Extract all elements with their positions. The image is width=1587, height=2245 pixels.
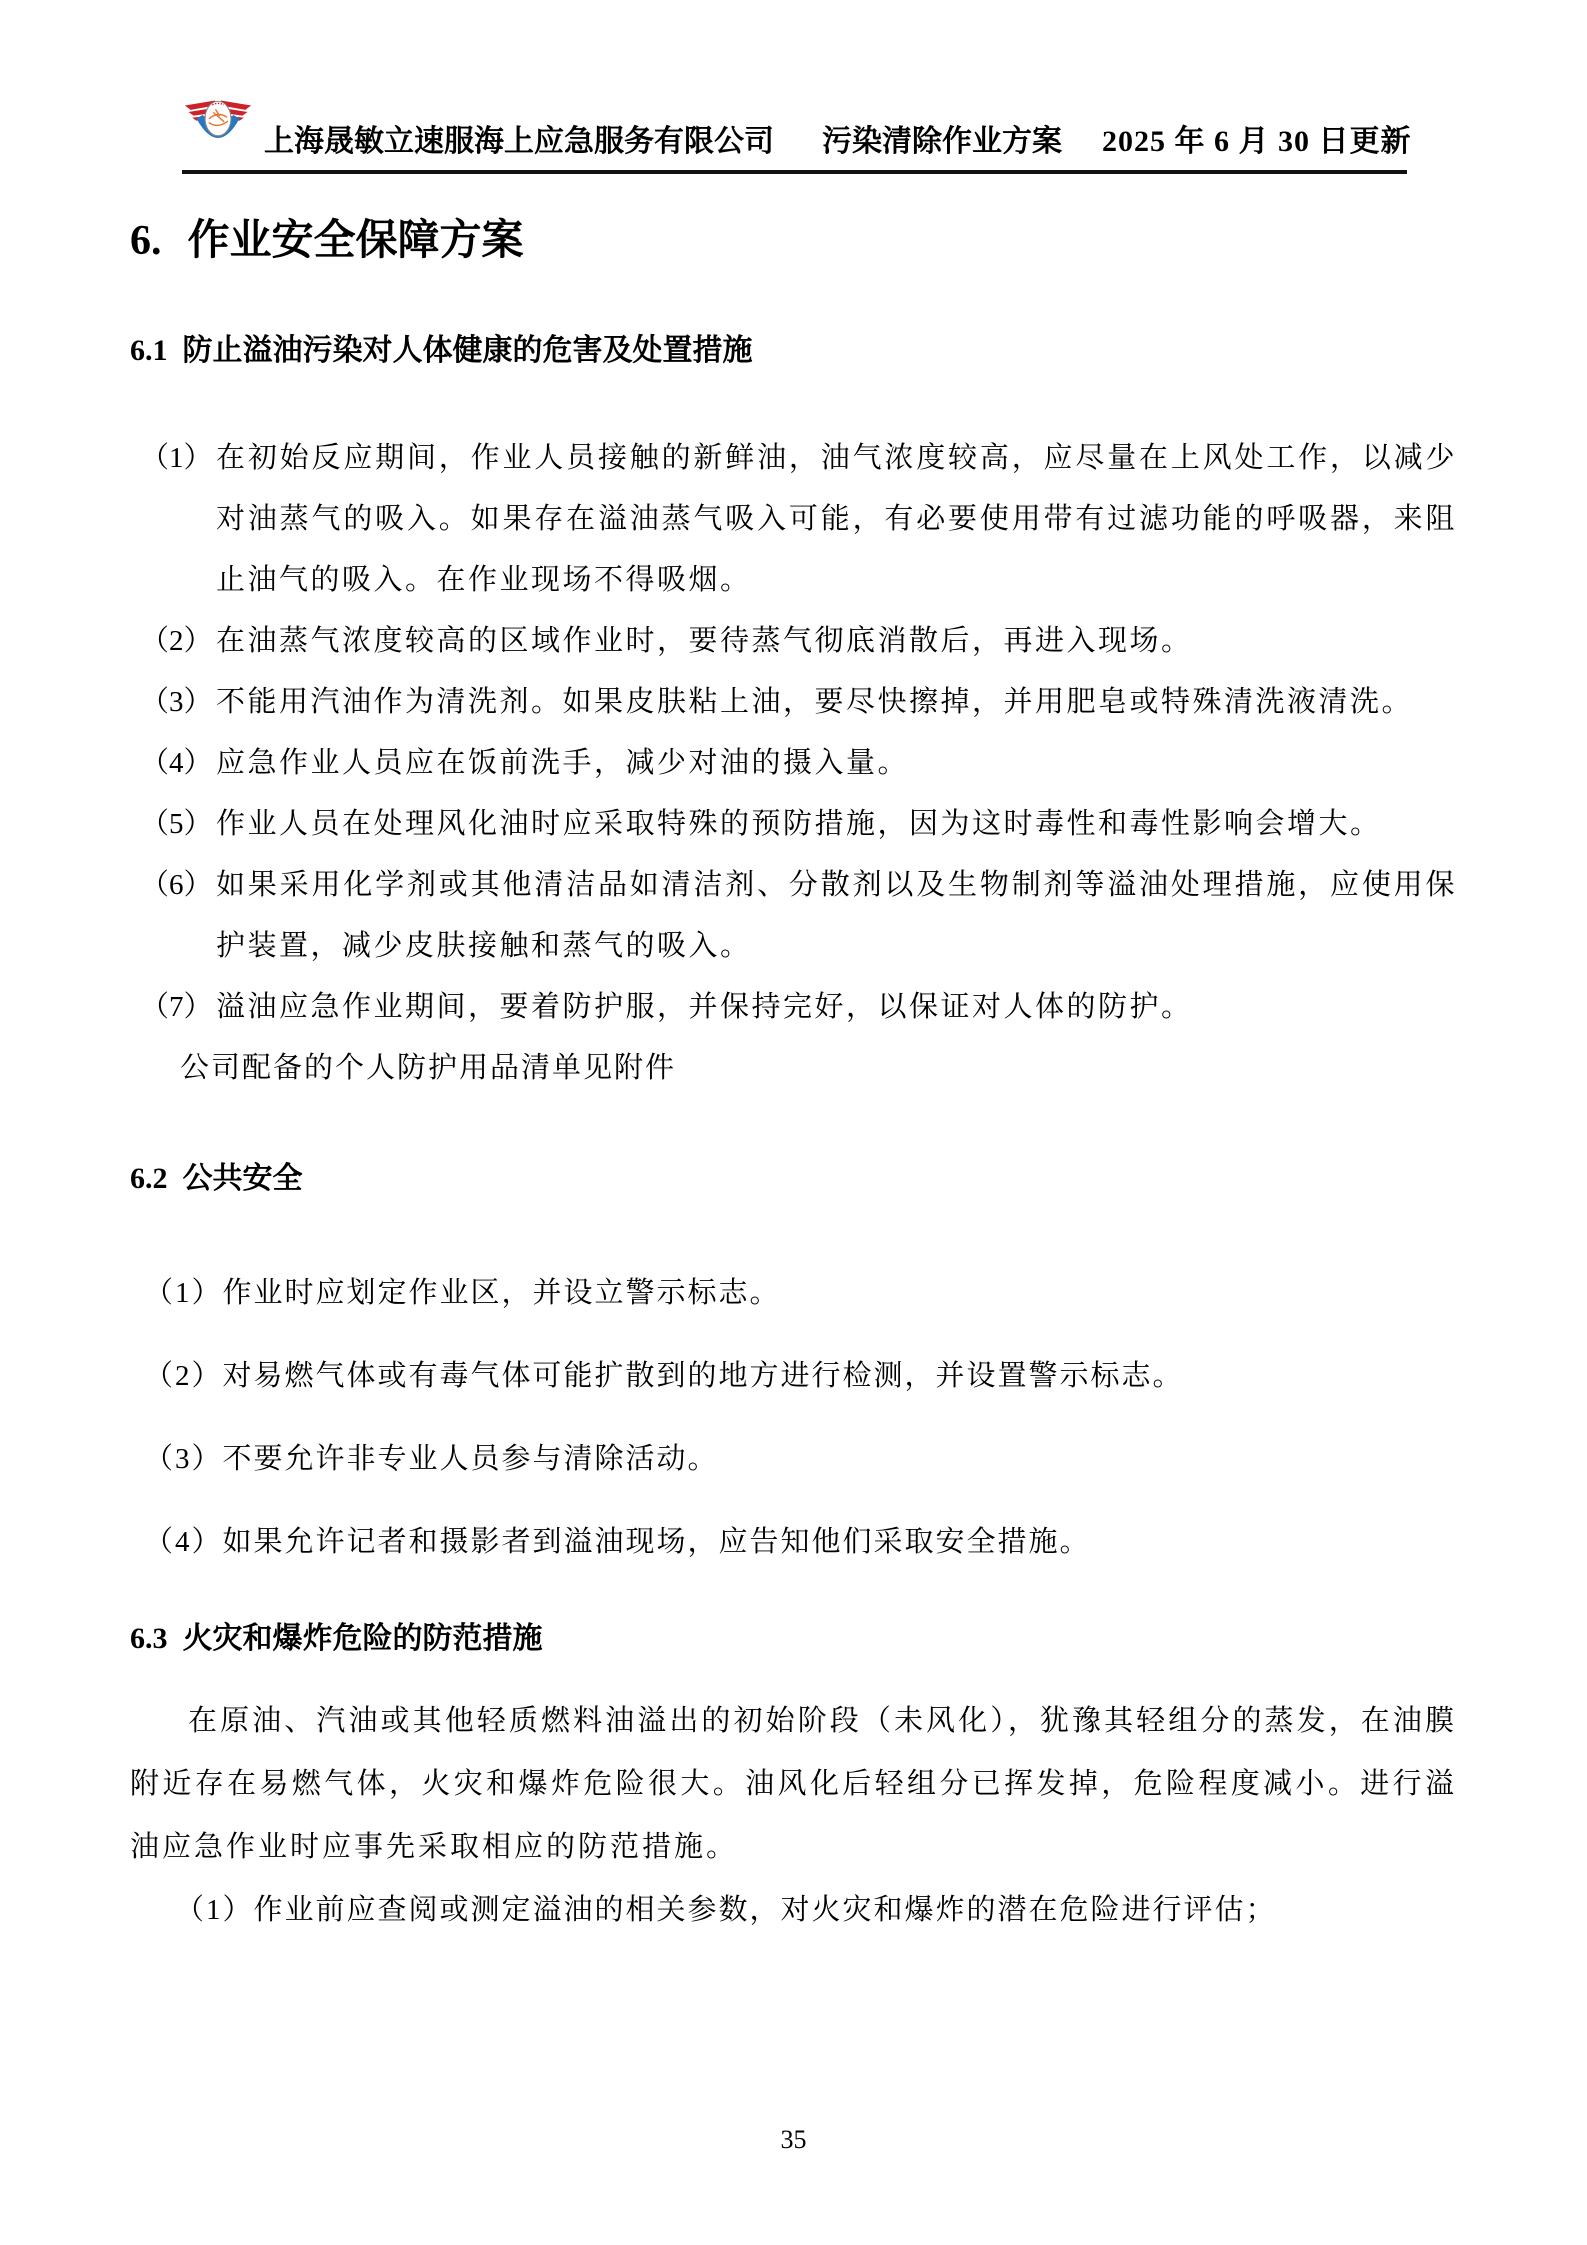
section-62-number: 6.2: [130, 1162, 168, 1195]
section-63-paragraph: 在原油、汽油或其他轻质燃料油溢出的初始阶段（未风化），犹豫其轻组分的蒸发，在油膜…: [130, 1690, 1457, 1879]
document-title: 污染清除作业方案: [822, 124, 1062, 160]
list-item-text: 溢油应急作业期间，要着防护服，并保持完好，以保证对人体的防护。: [216, 977, 1457, 1038]
company-name: 上海晟敏立速服海上应急服务有限公司: [264, 124, 774, 160]
company-logo-icon: [182, 95, 254, 160]
list-item-marker: （4）: [140, 733, 216, 794]
list-item-marker: （5）: [140, 794, 216, 855]
list-item: （6） 如果采用化学剂或其他清洁品如清洁剂、分散剂以及生物制剂等溢油处理措施，应…: [140, 855, 1457, 977]
section-61-list: （1） 在初始反应期间，作业人员接触的新鲜油，油气浓度较高，应尽量在上风处工作，…: [130, 428, 1457, 1099]
list-item-marker: （6）: [140, 855, 216, 977]
section-6-heading: 6.作业安全保障方案: [130, 212, 1457, 271]
update-date: 2025 年 6 月 30 日更新: [1102, 124, 1412, 160]
list-item-marker: （7）: [140, 977, 216, 1038]
section-61-number: 6.1: [130, 334, 168, 367]
list-item-marker: （1）: [140, 428, 216, 611]
list-item: （5） 作业人员在处理风化油时应采取特殊的预防措施，因为这时毒性和毒性影响会增大…: [140, 794, 1457, 855]
section-63-number: 6.3: [130, 1622, 168, 1655]
list-item: （7） 溢油应急作业期间，要着防护服，并保持完好，以保证对人体的防护。: [140, 977, 1457, 1038]
list-item: （4）如果允许记者和摄影者到溢油现场，应告知他们采取安全措施。: [144, 1512, 1457, 1573]
section-62-list: （1）作业时应划定作业区，并设立警示标志。 （2）对易燃气体或有毒气体可能扩散到…: [130, 1263, 1457, 1573]
header-text-row: 上海晟敏立速服海上应急服务有限公司 污染清除作业方案 2025 年 6 月 30…: [264, 124, 1412, 160]
section-61-title: 防止溢油污染对人体健康的危害及处置措施: [183, 334, 753, 367]
section-62-heading: 6.2公共安全: [130, 1157, 1457, 1201]
list-item: （2）对易燃气体或有毒气体可能扩散到的地方进行检测，并设置警示标志。: [144, 1346, 1457, 1407]
list-item: （2） 在油蒸气浓度较高的区域作业时，要待蒸气彻底消散后，再进入现场。: [140, 611, 1457, 672]
page-number: 35: [0, 2125, 1587, 2155]
list-item-text: 不能用汽油作为清洗剂。如果皮肤粘上油，要尽快擦掉，并用肥皂或特殊清洗液清洗。: [216, 672, 1457, 733]
section-63-title: 火灾和爆炸危险的防范措施: [183, 1622, 543, 1655]
list-item: （3）不要允许非专业人员参与清除活动。: [144, 1429, 1457, 1490]
list-item-text: 如果采用化学剂或其他清洁品如清洁剂、分散剂以及生物制剂等溢油处理措施，应使用保护…: [216, 855, 1457, 977]
section-6-title: 作业安全保障方案: [188, 218, 524, 264]
list-item-text: 作业人员在处理风化油时应采取特殊的预防措施，因为这时毒性和毒性影响会增大。: [216, 794, 1457, 855]
list-item-marker: （3）: [140, 672, 216, 733]
section-63-heading: 6.3火灾和爆炸危险的防范措施: [130, 1617, 1457, 1661]
page-header: 上海晟敏立速服海上应急服务有限公司 污染清除作业方案 2025 年 6 月 30…: [182, 95, 1407, 174]
section-6-number: 6.: [130, 218, 162, 264]
ppe-note: 公司配备的个人防护用品清单见附件: [140, 1038, 1457, 1099]
list-item: （1）作业时应划定作业区，并设立警示标志。: [144, 1263, 1457, 1324]
section-63-subitem: （1）作业前应查阅或测定溢油的相关参数，对火灾和爆炸的潜在危险进行评估；: [130, 1879, 1457, 1942]
list-item: （3） 不能用汽油作为清洗剂。如果皮肤粘上油，要尽快擦掉，并用肥皂或特殊清洗液清…: [140, 672, 1457, 733]
section-62-title: 公共安全: [183, 1162, 303, 1195]
list-item-text: 在油蒸气浓度较高的区域作业时，要待蒸气彻底消散后，再进入现场。: [216, 611, 1457, 672]
list-item: （4） 应急作业人员应在饭前洗手，减少对油的摄入量。: [140, 733, 1457, 794]
document-page: 上海晟敏立速服海上应急服务有限公司 污染清除作业方案 2025 年 6 月 30…: [0, 0, 1587, 1942]
section-61-heading: 6.1防止溢油污染对人体健康的危害及处置措施: [130, 329, 1457, 373]
list-item-text: 应急作业人员应在饭前洗手，减少对油的摄入量。: [216, 733, 1457, 794]
list-item-text: 在初始反应期间，作业人员接触的新鲜油，油气浓度较高，应尽量在上风处工作，以减少对…: [216, 428, 1457, 611]
list-item-marker: （2）: [140, 611, 216, 672]
list-item: （1） 在初始反应期间，作业人员接触的新鲜油，油气浓度较高，应尽量在上风处工作，…: [140, 428, 1457, 611]
